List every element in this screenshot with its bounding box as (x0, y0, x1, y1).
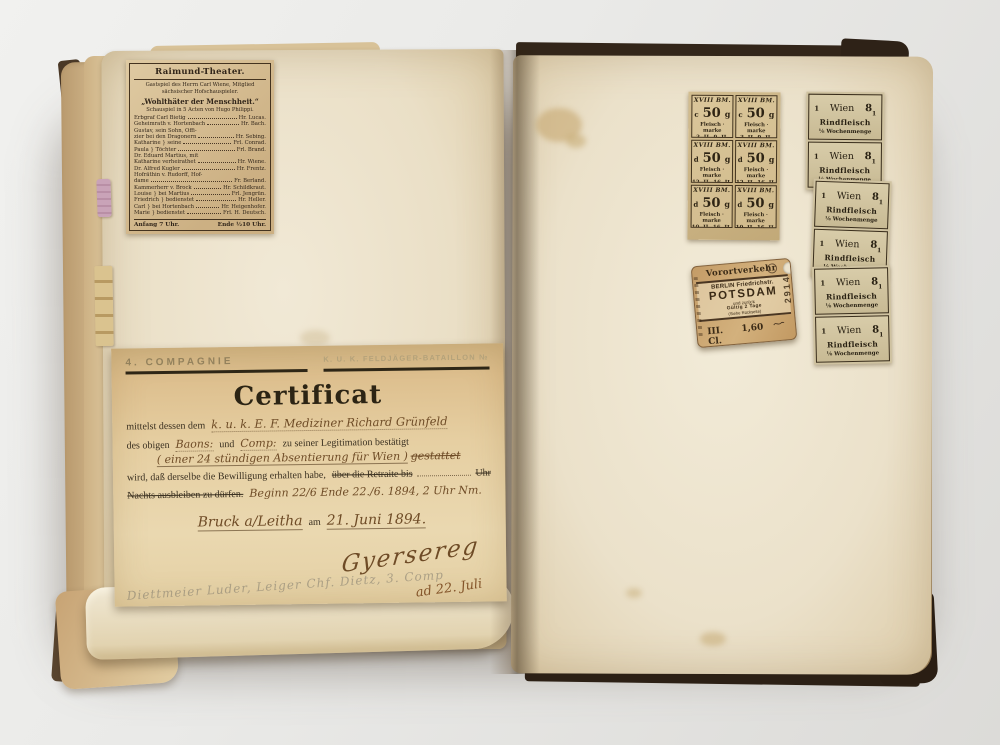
printed-text: am (308, 517, 320, 528)
dot-leader (196, 207, 219, 208)
ration-stamp: XVIII BM. d 50 g Fleisch · marke 12. II.… (691, 140, 733, 183)
stamp-letter: d (694, 155, 699, 164)
stamp-number-sub: 1 (878, 284, 882, 291)
dot-leader (151, 181, 232, 182)
ticket-class: III. Cl. (707, 325, 733, 347)
stamp-dates: 3. II.–9. II. (736, 135, 776, 138)
stamp-grams: 50 (747, 151, 765, 166)
wien-stamp-topline: 1Wien81 (811, 98, 879, 118)
stamp-series: XVIII BM. (736, 187, 776, 194)
stamp-city: Wien (837, 190, 862, 202)
stamp-unit: g (769, 154, 775, 164)
stamp-city: Wien (829, 151, 853, 162)
dot-leader (183, 143, 231, 144)
play-byline: Schauspiel in 5 Acten von Hugo Philippi. (134, 107, 266, 113)
stamp-product: Fleisch · marke (692, 212, 732, 224)
stamp-grams: 50 (702, 196, 720, 211)
page-stain (300, 330, 330, 346)
yellow-stamp-fragment (94, 266, 113, 346)
stamp-unit: g (768, 199, 774, 209)
stamp-product: Fleisch · marke (736, 212, 776, 224)
pencil-note: Diettmeier Luder, Leiger Chf. Dietz, 3. … (126, 568, 444, 603)
ration-stamp: XVIII BM. d 50 g Fleisch · marke 12. II.… (735, 140, 777, 183)
stamp-dates: 10. II.–16. II. (736, 225, 776, 228)
flourish-mark (773, 319, 786, 329)
stamp-product: Rindfleisch (818, 291, 886, 301)
stamp-letter: d (738, 155, 743, 164)
stamp-amount: d 50 g (692, 195, 732, 211)
cast-actor: Frl. Brand. (237, 147, 266, 153)
stamp-number-left: 1 (821, 191, 826, 200)
wien-stamp-pair: 1Wien81 Rindfleisch ⅛ Wochenmenge 1Wien8… (812, 265, 892, 365)
clipping-footer: Anfang 7 Uhr. Ende ½10 Uhr. (134, 219, 266, 228)
showtime-end: Ende ½10 Uhr. (218, 222, 266, 228)
stamp-dates: 12. II.–16. II. (736, 180, 776, 183)
stamp-unit: g (724, 199, 730, 209)
printed-struck: Nachts ausbleiben zu dürfen. (127, 489, 243, 502)
stamp-unit: g (725, 109, 731, 119)
stamp-city: Wien (837, 325, 862, 337)
stamp-number-sub: 1 (879, 199, 883, 206)
stamp-amount: c 50 g (692, 105, 732, 121)
stamp-number-sub: 1 (879, 332, 883, 339)
stamp-number-left: 1 (821, 327, 826, 336)
printed-text: mittelst dessen dem (126, 420, 205, 432)
stamp-number-left: 1 (819, 239, 824, 248)
ration-stamp: XVIII BM. d 50 g Fleisch · marke 10. II.… (691, 185, 733, 228)
certificate-line4: Nachts ausbleiben zu dürfen. Beginn 22/6… (127, 483, 491, 501)
stamp-product: Rindfleisch (818, 205, 886, 216)
stamp-dates: 3. II.–9. II. (692, 135, 732, 138)
dot-leader (188, 118, 237, 119)
ticket-network-label: Vorortverkehr (706, 263, 777, 279)
dot-leader (198, 162, 236, 163)
stamp-number-sub: 1 (872, 110, 876, 117)
scrapbook-photo: Raimund-Theater. Gastspiel des Herrn Car… (0, 0, 1000, 745)
stamp-grams: 50 (747, 106, 765, 121)
dotted-blank (417, 467, 472, 477)
dot-leader (187, 213, 221, 214)
dot-leader (196, 200, 236, 201)
stamp-city: Wien (835, 239, 860, 251)
page-stain (626, 588, 642, 598)
stamp-city: Wien (836, 277, 861, 289)
wien-stamp-pair: 1Wien81 Rindfleisch ⅛ Wochenmenge 1Wien8… (806, 92, 885, 191)
stamp-product: Rindfleisch (816, 253, 884, 264)
dot-leader (194, 188, 221, 189)
handwritten-company: Comp: (240, 436, 276, 451)
stamp-product: Fleisch · marke (736, 167, 776, 179)
showtime-start: Anfang 7 Uhr. (134, 222, 179, 228)
stamp-amount: d 50 g (736, 195, 776, 211)
ration-stamp: XVIII BM. c 50 g Fleisch · marke 3. II.–… (691, 95, 733, 138)
certificate-header: 4. COMPAGNIE K. U. K. FELDJÄGER-BATAILLO… (125, 352, 489, 374)
clipping-intro-line1: Gastspiel des Herrn Carl Wiene, Mitglied (134, 82, 266, 89)
ration-stamp-sheet: XVIII BM. c 50 g Fleisch · marke 3. II.–… (687, 92, 780, 241)
stamp-product: Fleisch · marke (692, 122, 732, 134)
stamp-number-left: 1 (814, 152, 819, 161)
stamp-letter: c (694, 110, 698, 119)
battalion-stamp: K. U. K. FELDJÄGER-BATAILLON № 13 (323, 352, 489, 371)
stamp-amount: d 50 g (692, 150, 732, 166)
stamp-product: Rindfleisch (811, 118, 879, 128)
handwritten-battalion: Baons: (176, 437, 214, 452)
dot-leader (178, 150, 234, 151)
handwritten-struck-word: gestattet (411, 449, 461, 463)
wien-stamp-topline: 1Wien81 (816, 233, 885, 255)
clipping-title: Raimund-Theater. (134, 67, 266, 80)
wien-stamp-topline: 1Wien81 (817, 271, 885, 292)
stamp-number-right: 8 (872, 325, 879, 336)
cast-row: Marie } bedienstetFrl. H. Deutsch. (134, 210, 266, 216)
wien-stamp: 1Wien81 Rindfleisch ⅛ Wochenmenge (814, 267, 889, 315)
handwritten-insertion: ( einer 24 stündigen Absentierung für Wi… (157, 450, 408, 468)
stamp-number-sub: 1 (872, 159, 876, 166)
stamp-quantity: ⅛ Wochenmenge (811, 129, 879, 136)
cast-role: Marie } bedienstet (134, 210, 185, 216)
dot-leader (207, 124, 239, 125)
ticket-price: 1,60 (741, 322, 764, 334)
cast-actor: Hr. Frentz. (237, 166, 266, 172)
stamp-letter: c (738, 110, 742, 119)
clipping-intro-line2: sächsischer Hofschauspieler. (134, 89, 266, 96)
printed-text: zu seiner Legitimation bestätigt (282, 437, 409, 450)
stamp-letter: d (737, 200, 742, 209)
wien-stamp-topline: 1Wien81 (818, 319, 886, 340)
stamp-unit: g (725, 154, 731, 164)
stamp-amount: c 50 g (736, 105, 776, 121)
stamp-number-left: 1 (820, 279, 825, 288)
theater-program-clipping: Raimund-Theater. Gastspiel des Herrn Car… (126, 60, 274, 234)
company-stamp: 4. COMPAGNIE (125, 355, 307, 375)
certificate-document: 4. COMPAGNIE K. U. K. FELDJÄGER-BATAILLO… (111, 343, 507, 606)
handwritten-place: Bruck a/Leitha (198, 513, 303, 531)
stamp-grams: 50 (703, 151, 721, 166)
certificate-title: Certificat (126, 378, 490, 413)
stamp-dates: 10. II.–16. II. (692, 225, 732, 228)
stamp-number-sub: 1 (877, 247, 881, 254)
wien-stamp-topline: 1Wien81 (818, 185, 887, 207)
stamp-number-right: 8 (871, 276, 878, 287)
wien-stamp-topline: 1Wien81 (811, 146, 879, 166)
stamp-grams: 50 (703, 106, 721, 121)
stamp-quantity: ⅛ Wochenmenge (819, 351, 887, 358)
printed-struck: über die Retraite bis (332, 469, 413, 481)
printed-text: des obigen (127, 440, 170, 452)
handwritten-dates: Beginn 22/6 Ende 22./6. 1894, 2 Uhr Nm. (249, 484, 482, 500)
stamp-unit: g (769, 109, 775, 119)
stamp-amount: d 50 g (736, 150, 776, 166)
ration-stamp: XVIII BM. d 50 g Fleisch · marke 10. II.… (735, 185, 777, 228)
printed-text: wird, daß derselbe die Bewilligung erhal… (127, 470, 326, 484)
printed-text: und (219, 439, 234, 450)
certificate-line1: mittelst dessen dem k. u. k. E. F. Mediz… (126, 413, 490, 433)
ticket-serial-number: 2914 (781, 275, 793, 304)
handwritten-name: k. u. k. E. F. Mediziner Richard Grünfel… (211, 414, 448, 432)
stamp-product: Rindfleisch (811, 166, 879, 176)
page-stain (700, 632, 726, 646)
train-ticket: Vorortverkehr BERLIN Friedrichstr. POTSD… (691, 258, 798, 348)
stamp-grams: 50 (746, 196, 764, 211)
pink-stamp-fragment (96, 179, 111, 217)
stamp-letter: d (693, 200, 698, 209)
stamp-quantity: ⅛ Wochenmenge (818, 302, 886, 309)
wien-stamp: 1Wien81 Rindfleisch ⅛ Wochenmenge (808, 94, 882, 141)
dot-leader (198, 137, 233, 138)
page-stain (566, 134, 586, 148)
stamp-number-left: 1 (814, 104, 819, 113)
certificate-line3: wird, daß derselbe die Bewilligung erhal… (127, 466, 491, 483)
stamp-quantity: ⅛ Wochenmenge (817, 216, 885, 224)
stamp-product: Fleisch · marke (736, 122, 776, 134)
stamp-dates: 12. II.–16. II. (692, 180, 732, 183)
printed-struck-uhr: Uhr (475, 467, 491, 478)
ration-stamp: XVIII BM. c 50 g Fleisch · marke 3. II.–… (735, 95, 777, 138)
dot-leader (191, 194, 229, 195)
play-title: „Wohlthäter der Menschheit.“ (134, 97, 266, 106)
handwritten-date: 21. Juni 1894. (327, 511, 427, 529)
stamp-product: Fleisch · marke (692, 167, 732, 179)
dot-leader (182, 169, 235, 170)
certificate-line5: Bruck a/Leitha am 21. Juni 1894. (198, 510, 492, 531)
cast-actor: Frl. H. Deutsch. (223, 210, 266, 216)
stamp-city: Wien (830, 103, 854, 114)
wien-stamp: 1Wien81 Rindfleisch ⅛ Wochenmenge (815, 315, 890, 363)
clipping-frame: Raimund-Theater. Gastspiel des Herrn Car… (129, 63, 271, 231)
stamp-product: Rindfleisch (819, 340, 887, 350)
wien-stamp: 1Wien81 Rindfleisch ⅛ Wochenmenge (814, 181, 890, 230)
cast-actor: Hr. Bach. (241, 121, 266, 127)
